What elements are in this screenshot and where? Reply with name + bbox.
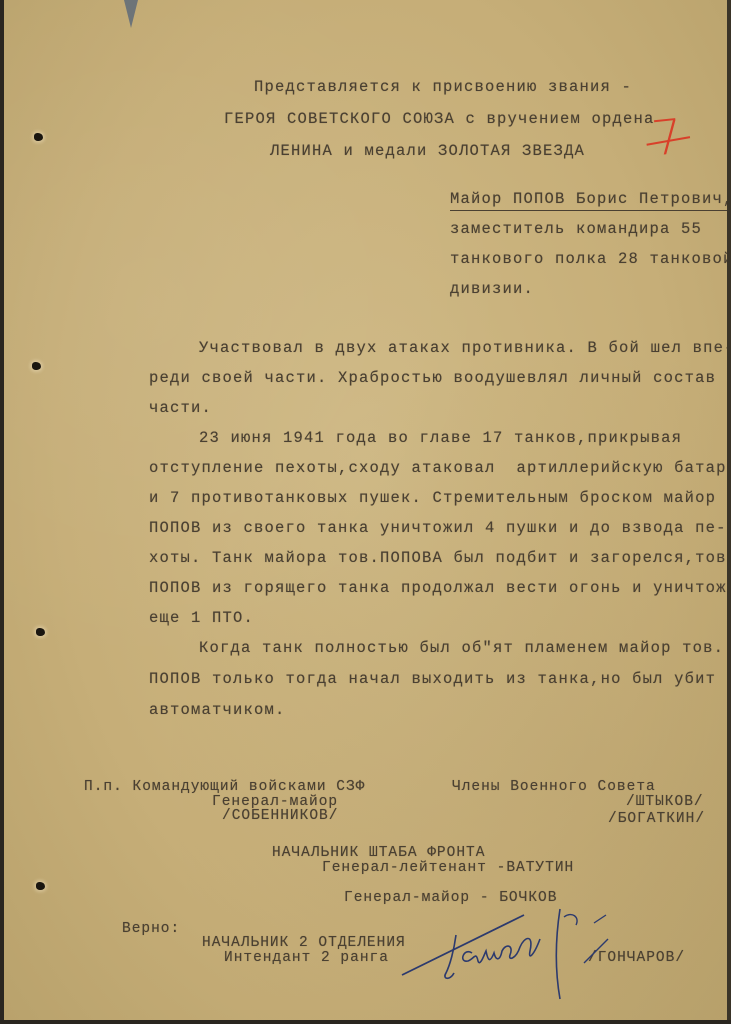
document-page: 7 Представляется к присвоению звания - Г… <box>4 0 727 1020</box>
page-number-mark: 7 <box>649 109 685 168</box>
commander-title: П.п. Командующий войсками СЗФ <box>84 780 365 795</box>
body-line: ПОПОВ из горящего танка продолжал вести … <box>149 581 727 597</box>
paper-tear <box>124 0 138 28</box>
body-line: ПОПОВ из своего танка уничтожил 4 пушки … <box>149 521 727 537</box>
scan-border-left <box>0 0 4 1024</box>
nominee-position-2: танкового полка 28 танковой <box>450 252 727 268</box>
body-line: ПОПОВ только тогда начал выходить из тан… <box>149 672 716 688</box>
body-line: автоматчиком. <box>149 703 286 719</box>
body-line: и 7 противотанковых пушек. Стремительным… <box>149 491 716 507</box>
nominee-position-1: заместитель командира 55 <box>450 222 702 238</box>
chief-of-staff-title: НАЧАЛЬНИК ШТАБА ФРОНТА <box>272 846 485 861</box>
punch-hole <box>36 882 45 890</box>
nominee-position-3: дивизии. <box>450 282 534 298</box>
chief-of-staff-name: Генерал-лейтенант -ВАТУТИН <box>322 861 574 876</box>
punch-hole <box>34 133 43 141</box>
header-line-1: Представляется к присвоению звания - <box>254 80 632 96</box>
certified-rank: Интендант 2 ранга <box>224 951 389 966</box>
scan-border-bottom <box>0 1020 731 1024</box>
certified-title: НАЧАЛЬНИК 2 ОТДЕЛЕНИЯ <box>202 936 406 951</box>
body-line: хоты. Танк майора тов.ПОПОВА был подбит … <box>149 551 727 567</box>
body-line: 23 июня 1941 года во главе 17 танков,при… <box>199 431 682 447</box>
body-line: части. <box>149 401 212 417</box>
punch-hole <box>32 362 41 370</box>
header-line-2: ГЕРОЯ СОВЕТСКОГО СОЮЗА с вручением орден… <box>224 112 655 128</box>
body-line: отступление пехоты,сходу атаковал артилл… <box>149 461 727 477</box>
body-line: Когда танк полностью был об"ят пламенем … <box>199 641 724 657</box>
scan-border-right <box>727 0 731 1024</box>
header-line-3: ЛЕНИНА и медали ЗОЛОТАЯ ЗВЕЗДА <box>270 144 585 160</box>
council-member-1: /ШТЫКОВ/ <box>626 795 704 810</box>
body-line: реди своей части. Храбростью воодушевлял… <box>149 371 716 387</box>
council-title: Члены Военного Совета <box>452 780 656 795</box>
punch-hole <box>36 628 45 636</box>
handwritten-signature <box>384 895 644 1005</box>
body-line: еще 1 ПТО. <box>149 611 254 627</box>
nominee-name: Майор ПОПОВ Борис Петрович, <box>450 192 727 211</box>
body-line: Участвовал в двух атаках противника. В б… <box>199 341 727 357</box>
certified-label: Верно: <box>122 922 180 937</box>
commander-name: /СОБЕННИКОВ/ <box>222 809 338 824</box>
council-member-2: /БОГАТКИН/ <box>608 812 705 827</box>
